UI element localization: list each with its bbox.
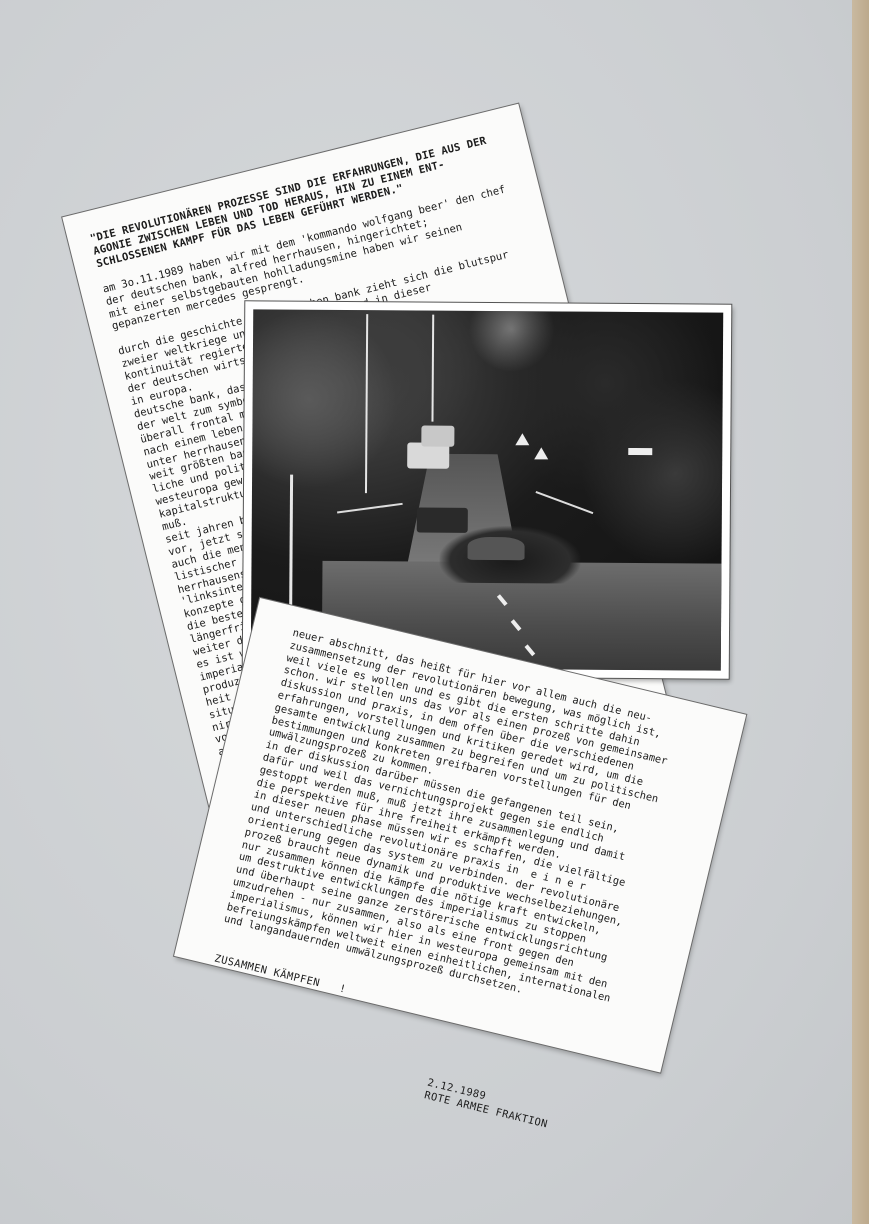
street-sign	[628, 448, 652, 455]
parked-car	[421, 425, 454, 447]
wrecked-car	[439, 525, 580, 583]
warning-sign	[534, 447, 548, 459]
warning-sign	[516, 433, 530, 445]
sign-off: 2.12.1989 ROTE ARMEE FRAKTION	[423, 1077, 622, 1148]
